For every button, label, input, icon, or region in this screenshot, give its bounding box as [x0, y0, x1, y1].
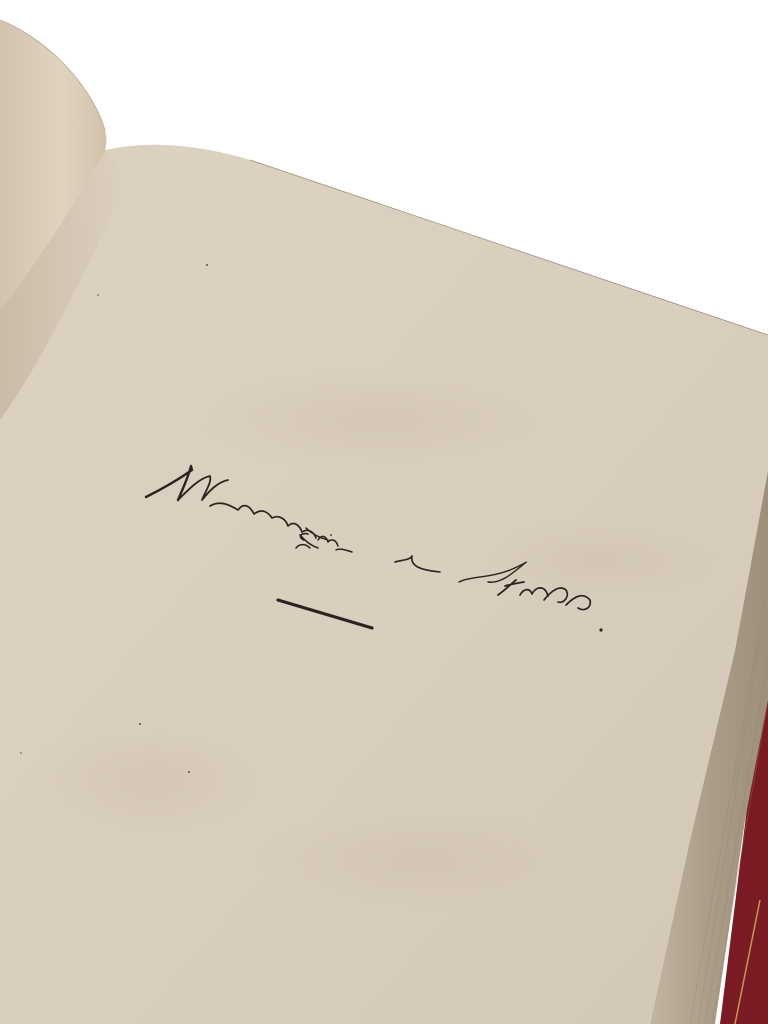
paper-stain — [200, 370, 560, 470]
photo-scene — [0, 0, 768, 1024]
book-photo — [0, 0, 768, 1024]
paper-stain — [480, 520, 720, 600]
paper-stain — [260, 810, 580, 910]
paper-stain — [30, 720, 270, 840]
